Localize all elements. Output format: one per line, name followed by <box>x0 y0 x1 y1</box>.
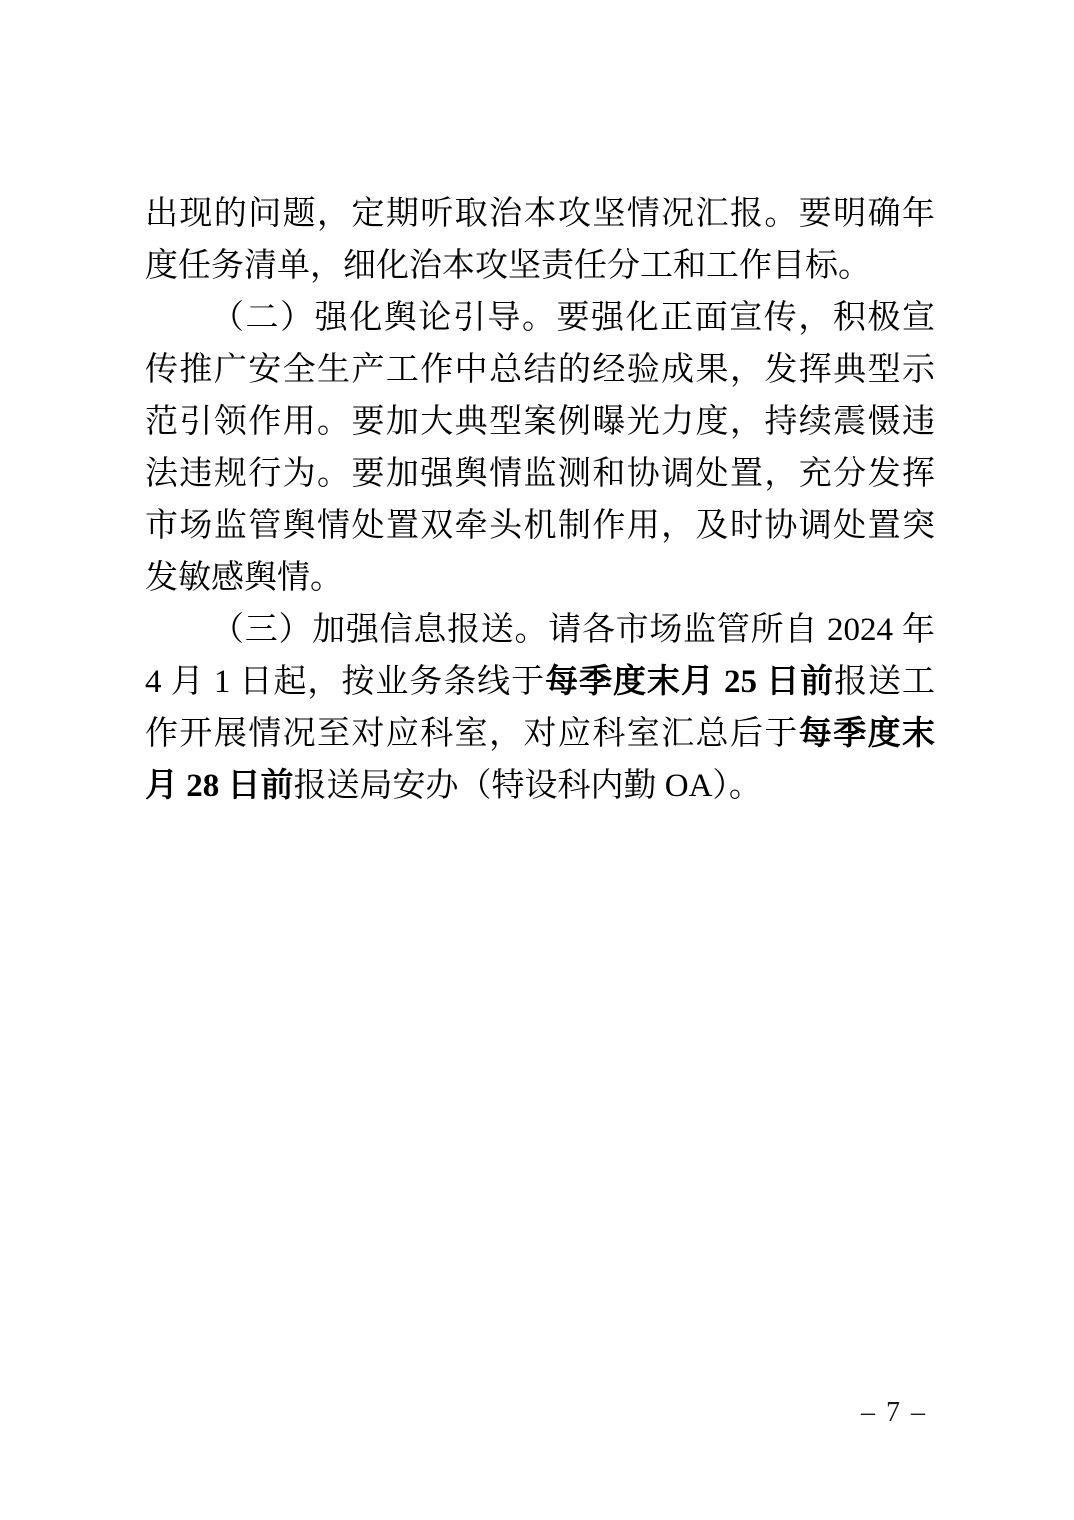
paragraph-2-segment-2: 要强化正面宣传，积极宣传推广安全生产工作中总结的经验成果，发挥典型示范引领作用。… <box>145 300 935 596</box>
paragraph-3-segment-1: （三）加强信息报送。 <box>211 612 548 648</box>
paragraph-3: （三）加强信息报送。请各市场监管所自 2024 年 4 月 1 日起，按业务条线… <box>145 604 935 812</box>
paragraph-3-segment-6: 报送局安办（特设科内勤 OA）。 <box>294 768 762 804</box>
paragraph-2-segment-1: （二）强化舆论引导。 <box>211 300 557 336</box>
paragraph-2: （二）强化舆论引导。要强化正面宣传，积极宣传推广安全生产工作中总结的经验成果，发… <box>145 292 935 604</box>
document-page: { "document": { "page_number": "– 7 –", … <box>0 0 1074 1520</box>
paragraph-3-segment-3: 每季度末月 25 日前 <box>545 664 834 700</box>
paragraph-1: 出现的问题，定期听取治本攻坚情况汇报。要明确年度任务清单，细化治本攻坚责任分工和… <box>145 188 935 292</box>
document-body: 出现的问题，定期听取治本攻坚情况汇报。要明确年度任务清单，细化治本攻坚责任分工和… <box>145 188 935 812</box>
paragraph-1-segment-1: 出现的问题，定期听取治本攻坚情况汇报。要明确年度任务清单，细化治本攻坚责任分工和… <box>145 196 935 284</box>
page-number: – 7 – <box>861 1396 927 1430</box>
